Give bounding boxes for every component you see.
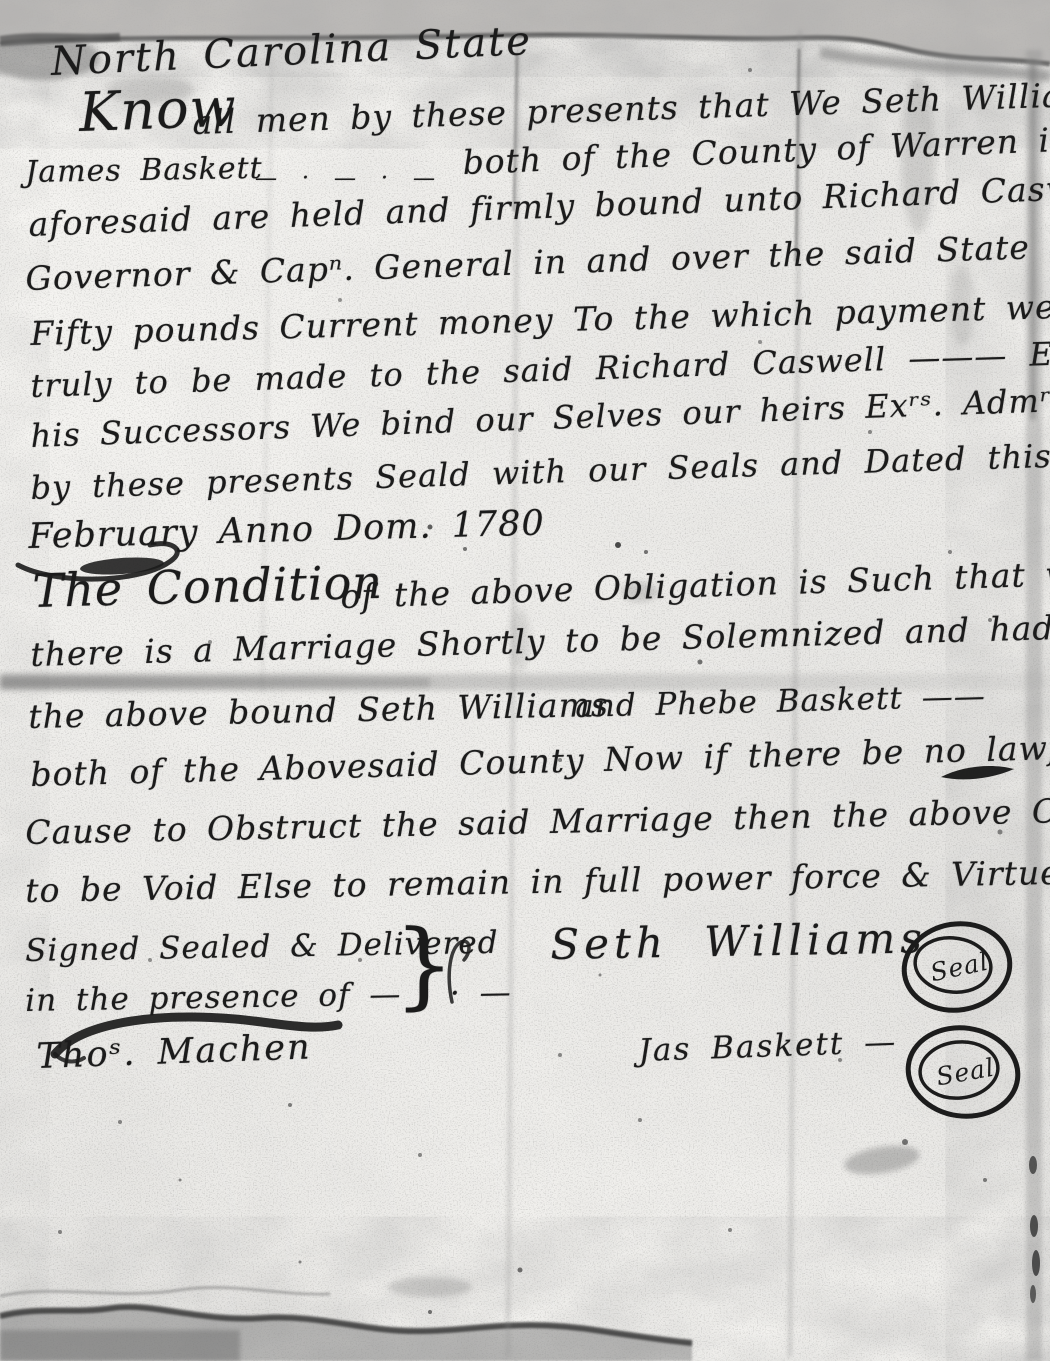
scanned-document-page: Seal Seal North Carolina State Know all … — [0, 0, 1050, 1361]
doc-condition-opening: The Condition — [32, 559, 383, 614]
signature-seth-williams: Seth Williams — [550, 917, 927, 966]
doc-bondsman-dashes: — · — · — — [255, 168, 440, 190]
signature-thos-machen: Thoˢ. Machen — [36, 1030, 312, 1075]
signature-jas-baskett: Jas Baskett — — [638, 1027, 898, 1067]
attestation-brace: } — [394, 918, 454, 1013]
doc-bondsman-name: James Baskett — [25, 154, 263, 188]
